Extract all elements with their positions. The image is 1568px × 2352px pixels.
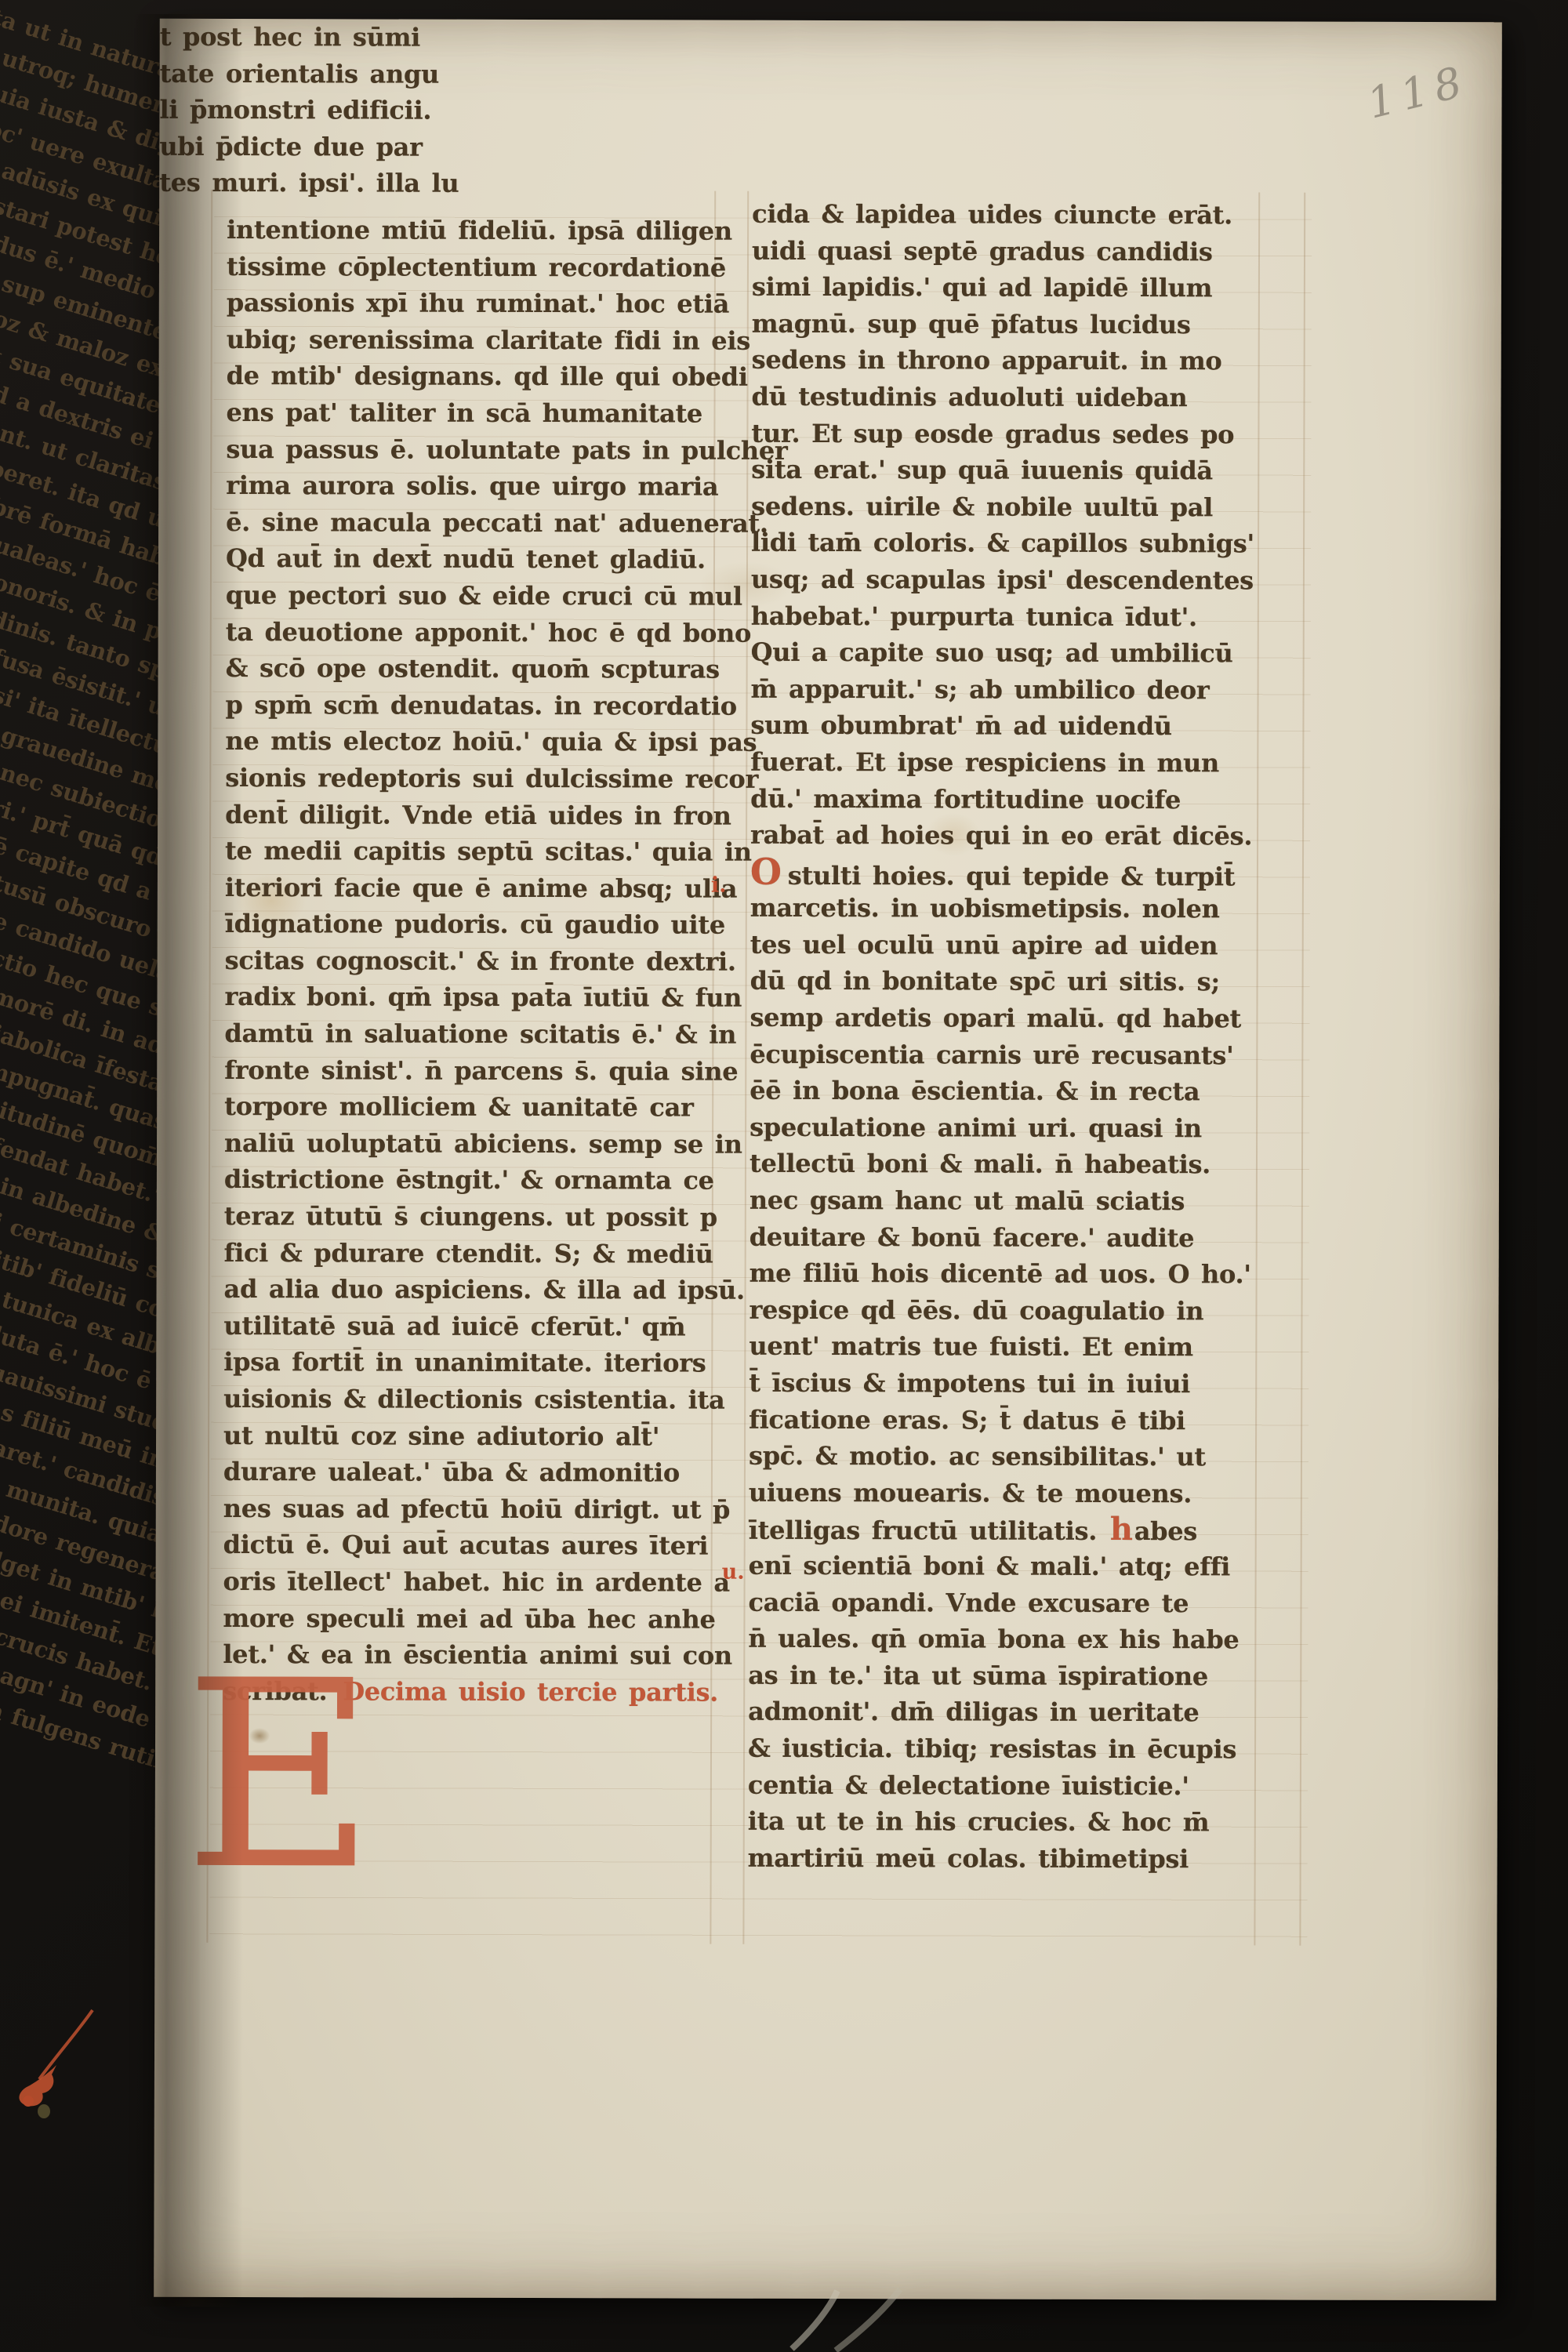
text-line: speculatione animi uri. quasi in [750, 1109, 1275, 1147]
text-line: durare ualeat.' ūba & admonitio [223, 1454, 725, 1491]
text-line: scitas cognoscit.' & in fronte dextri. [225, 942, 727, 980]
text-line: rima aurora solis. que uirgo maria [226, 467, 728, 505]
text-line: centia & delectatione īuisticie.' [748, 1766, 1273, 1804]
text-line: sua passus ē. uoluntate pats in pulcher [226, 431, 728, 469]
text-line: m̄ apparuit.' s; ab umbilico deor [751, 670, 1276, 708]
chapter-initial-E: E [183, 1670, 351, 1887]
drop-cap-O: O [750, 850, 782, 892]
text-line: dū testudinis aduoluti uideban [751, 379, 1276, 416]
text-line: damtū in saluatione scitatis ē.' & in [224, 1015, 726, 1053]
text-line: te medii capitis septū scitas.' quia in [225, 833, 727, 870]
text-line: sedens in throno apparuit. in mo [752, 342, 1277, 379]
rubric-title: Decima uisio tercie partis. [343, 1676, 718, 1707]
text-line: tes uel oculū unū apire ad uiden [750, 927, 1276, 964]
manuscript-page: 118 intentione mtiū fideliū. ipsā dilige… [154, 19, 1502, 2300]
text-line: usq; ad scapulas ipsi' descendentes [751, 561, 1276, 599]
text-line: ad alia duo aspiciens. & illa ad ipsū. [224, 1271, 726, 1308]
text-line: li p̄monstri edificii. [159, 92, 1501, 132]
text-line: dū qd in bonitate spc̄ uri sitis. s; [750, 963, 1276, 1000]
text-line: stulti hoies. qui tepide & turpit̄ [788, 861, 1236, 891]
text-line: ut nultū coz sine adiutorio alt̄' [223, 1417, 725, 1455]
text-line: que pectori suo & eide cruci cū mul [226, 577, 728, 615]
text-line: Qui a capite suo usq; ad umbilicū [751, 634, 1276, 672]
text-line: radix boni. qm̄ ipsa pat̄a īutiū & fun [224, 978, 726, 1016]
text-line: p spm̄ scm̄ denudatas. in recordatio [225, 687, 727, 724]
text-line: oris ītellect' habet. hic in ardente a [223, 1563, 725, 1601]
text-line: dent̄ diligit. Vnde etiā uides in fron [225, 796, 727, 833]
text-line: ēē in bona ēscientia. & in recta [750, 1073, 1275, 1110]
drop-cap-line: Ostulti hoies. qui tepide & turpit̄ [750, 853, 1276, 891]
text-line: semp ardetis opari malū. qd habet [750, 1000, 1275, 1037]
text-segment: ītelligas fructū utilitatis. [749, 1515, 1109, 1546]
text-line: tur. Et sup eosde gradus sedes po [751, 415, 1276, 452]
text-line: uidi quasi septē gradus candidis [752, 232, 1277, 270]
text-line: utilitatē suā ad iuicē cferūt.' qm̄ [223, 1308, 725, 1345]
text-line: sita erat.' sup quā iuuenis quidā [751, 452, 1276, 489]
text-line: naliū uoluptatū abiciens. semp se in [224, 1125, 726, 1163]
text-line: tate orientalis angu [160, 55, 1502, 95]
text-line: t post hec in sūmi [160, 19, 1502, 59]
text-line: fici & pdurare ctendit. S; & mediū [224, 1235, 726, 1272]
text-line: uisionis & dilectionis csistentia. ita [223, 1381, 725, 1418]
text-line: t̄ īscius & impotens tui in iuiui [749, 1365, 1274, 1403]
text-line: nes suas ad pfectū hoiū dirigt. ut p̄ [223, 1490, 725, 1528]
text-line: ē. sine macula peccati nat' aduenerat. [226, 504, 728, 542]
text-line: ficatione eras. S; t̄ datus ē tibi [749, 1401, 1274, 1439]
text-line: passionis xpī ihu ruminat.' hoc etiā [227, 285, 728, 322]
text-line: me filiū hois dicentē ad uos. O ho.' [750, 1255, 1275, 1293]
text-segment: abes [1134, 1516, 1197, 1546]
text-line: de mtib' designans. qd ille qui obedi [227, 358, 728, 395]
manuscript-photograph: 'ita ut in naturali lon utroq; humero su… [0, 0, 1568, 1718]
text-line: Qd aut̄ in dext̄ nudū tenet gladiū. [226, 540, 728, 578]
text-line: admonit'. dm̄ diligas in ueritate [748, 1693, 1273, 1731]
inline-initial-h: h [1110, 1511, 1133, 1548]
text-line: martiriū meū colas. tibimetipsi [748, 1839, 1273, 1877]
text-line: iteriori facie que ē anime absq; ulla [225, 869, 727, 907]
dirt-speck [38, 2104, 50, 2118]
text-line: respice qd ēēs. dū coagulatio in [749, 1292, 1274, 1330]
text-line: rabat̄ ad hoies qui in eo erāt dicēs. [750, 817, 1276, 855]
text-line: tissime cōplectentium recordationē [227, 249, 728, 286]
bookmark-threads [768, 2283, 1004, 2352]
text-line: lidi tam̄ coloris. & capillos subnigs' [751, 524, 1276, 562]
text-line: districtione ēstngit.' & ornamta ce [224, 1161, 726, 1199]
text-line: ens pat' taliter in scā humanitate [226, 394, 728, 432]
text-line: simi lapidis.' qui ad lapidē illum [752, 269, 1277, 307]
text-line: uent' matris tue fuisti. Et enim [749, 1328, 1274, 1366]
text-line: n̄ uales. qn̄ omīa bona ex his habe [748, 1621, 1273, 1658]
text-line: fuerat. Et ipse respiciens in mun [750, 744, 1276, 782]
inline-initial-line: ītelligas fructū utilitatis. habes [749, 1511, 1274, 1548]
text-line: & scō ope ostendit. quom̄ scpturas [226, 650, 728, 688]
text-line: īdignatione pudoris. cū gaudio uite [225, 906, 727, 943]
text-column-2: cida & lapidea uides ciuncte erāt.uidi q… [748, 196, 1278, 1878]
text-line: fronte sinist'. n̄ parcens s̄. quia sine [224, 1052, 726, 1090]
text-line: ipsa fortit̄ in unanimitate. iteriors [223, 1344, 725, 1381]
text-line: sum obumbrat' m̄ ad uidendū [750, 707, 1276, 745]
text-line: marcetis. in uobismetipsis. nolen [750, 890, 1276, 927]
text-line: sionis redeptoris sui dulcissime recor [225, 760, 727, 797]
text-line: ita ut te in his crucies. & hoc m̄ [748, 1803, 1273, 1841]
text-line: dictū ē. Qui aut̄ acutas aures īteri [223, 1526, 725, 1564]
text-line: ēcupiscentia carnis urē recusants' [750, 1036, 1275, 1073]
text-line: cida & lapidea uides ciuncte erāt. [752, 196, 1277, 234]
text-line: magnū. sup quē p̄fatus lucidus [752, 306, 1277, 343]
text-line: deuitare & bonū facere.' audite [750, 1218, 1275, 1256]
text-line: torpore molliciem & uanitatē car [224, 1088, 726, 1126]
text-column-1: intentione mtiū fideliū. ipsā diligentis… [223, 212, 728, 1711]
text-line: as in te.' ita ut sūma īspiratione [748, 1657, 1273, 1694]
text-line: ubi p̄dicte due par [159, 129, 1501, 169]
text-line: caciā opandi. Vnde excusare te [748, 1584, 1273, 1621]
text-line: ne mtis electoz hoiū.' quia & ipsi pas [225, 723, 727, 760]
text-line: dū.' maxima fortitudine uocife [750, 780, 1276, 818]
text-line: uiuens mouearis. & te mouens. [749, 1475, 1274, 1512]
text-line: habebat.' purpurta tunica īdut'. [751, 597, 1276, 635]
text-line: enī scientiā boni & mali.' atq; effi [749, 1548, 1274, 1585]
red-ink-splatter [11, 2004, 113, 2114]
text-line: spc̄. & motio. ac sensibilitas.' ut [749, 1438, 1274, 1475]
text-line: intentione mtiū fideliū. ipsā diligen [227, 212, 728, 249]
text-line: & iusticia. tibiq; resistas in ēcupis [748, 1730, 1273, 1768]
text-line: nec gsam hanc ut malū sciatis [750, 1182, 1275, 1220]
marginal-mark-u: u. [722, 1560, 745, 1584]
text-line: ubiq; serenissima claritate fidi in eis [227, 321, 728, 359]
text-line: tellectū boni & mali. n̄ habeatis. [750, 1145, 1275, 1183]
marginal-mark-i: i. [711, 873, 727, 898]
text-line: teraz ūtutū s̄ ciungens. ut possit p [224, 1198, 726, 1236]
text-line: ta deuotione apponit.' hoc ē qd bono [226, 614, 728, 652]
text-line: sedens. uirile & nobile uultū pal [751, 488, 1276, 525]
